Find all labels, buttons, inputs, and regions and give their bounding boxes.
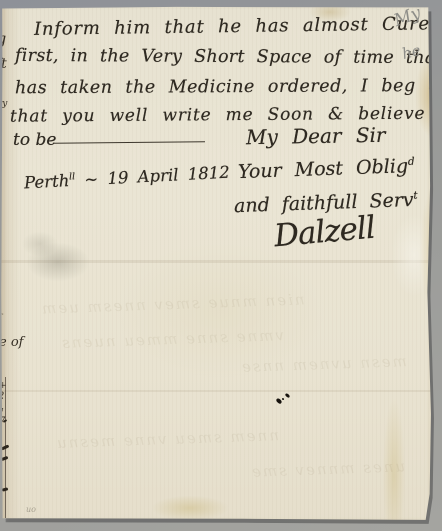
bleedthrough-text: nien mnue smev nnesm uem	[40, 290, 305, 317]
bleedthrough-text: nnem smeu vnne mesnu	[55, 426, 279, 452]
margin-fragment: e of	[0, 335, 23, 350]
closing-obliged: Your Most Obligd	[238, 155, 415, 183]
body-line-3: has taken the Medicine ordered, I beg ag…	[15, 76, 442, 98]
margin-fragment: ſt	[0, 56, 7, 72]
signature: Dalzell	[273, 210, 377, 255]
bleedthrough-text: vmne snne mmeu nuens	[60, 326, 284, 352]
bleedthrough-text: mesn uvnem nnse	[240, 352, 407, 376]
margin-fragment-pencil: uo	[26, 505, 36, 514]
margin-fragment: r	[0, 311, 3, 322]
margin-fragment: g	[0, 29, 6, 48]
dateline-place-superscript: ll	[69, 172, 75, 182]
closing-obliged-superscript: d	[408, 156, 415, 168]
body-line-5: to be	[13, 130, 56, 150]
body-line-1: Inform him that he has almost Cured	[34, 13, 442, 40]
scanned-letter-page: nien mnue smev nnesm uem vmne snne mmeu …	[0, 0, 442, 531]
ink-blot	[285, 393, 291, 398]
closing-rule-line	[53, 141, 205, 144]
ink-blot	[282, 398, 284, 400]
letter-paper: nien mnue smev nnesm uem vmne snne mmeu …	[0, 0, 442, 531]
closing-obliged-main: Your Most Oblig	[238, 155, 409, 183]
dateline: Perthll ~ 19 April 1812	[24, 163, 231, 193]
closing-faithful-superscript: t	[413, 189, 418, 201]
body-line-2: first, in the Very Short Space of time t…	[15, 46, 442, 68]
margin-fragment: ry	[0, 99, 7, 109]
margin-fragment: y	[0, 406, 3, 416]
dateline-date: ~ 19 April 1812	[84, 163, 230, 190]
bleedthrough-text: unes mnnev sme	[250, 457, 406, 480]
margin-fragment: 2	[0, 391, 4, 402]
closing-salutation: My Dear Sir	[246, 123, 386, 149]
dateline-place: Perth	[24, 171, 70, 192]
